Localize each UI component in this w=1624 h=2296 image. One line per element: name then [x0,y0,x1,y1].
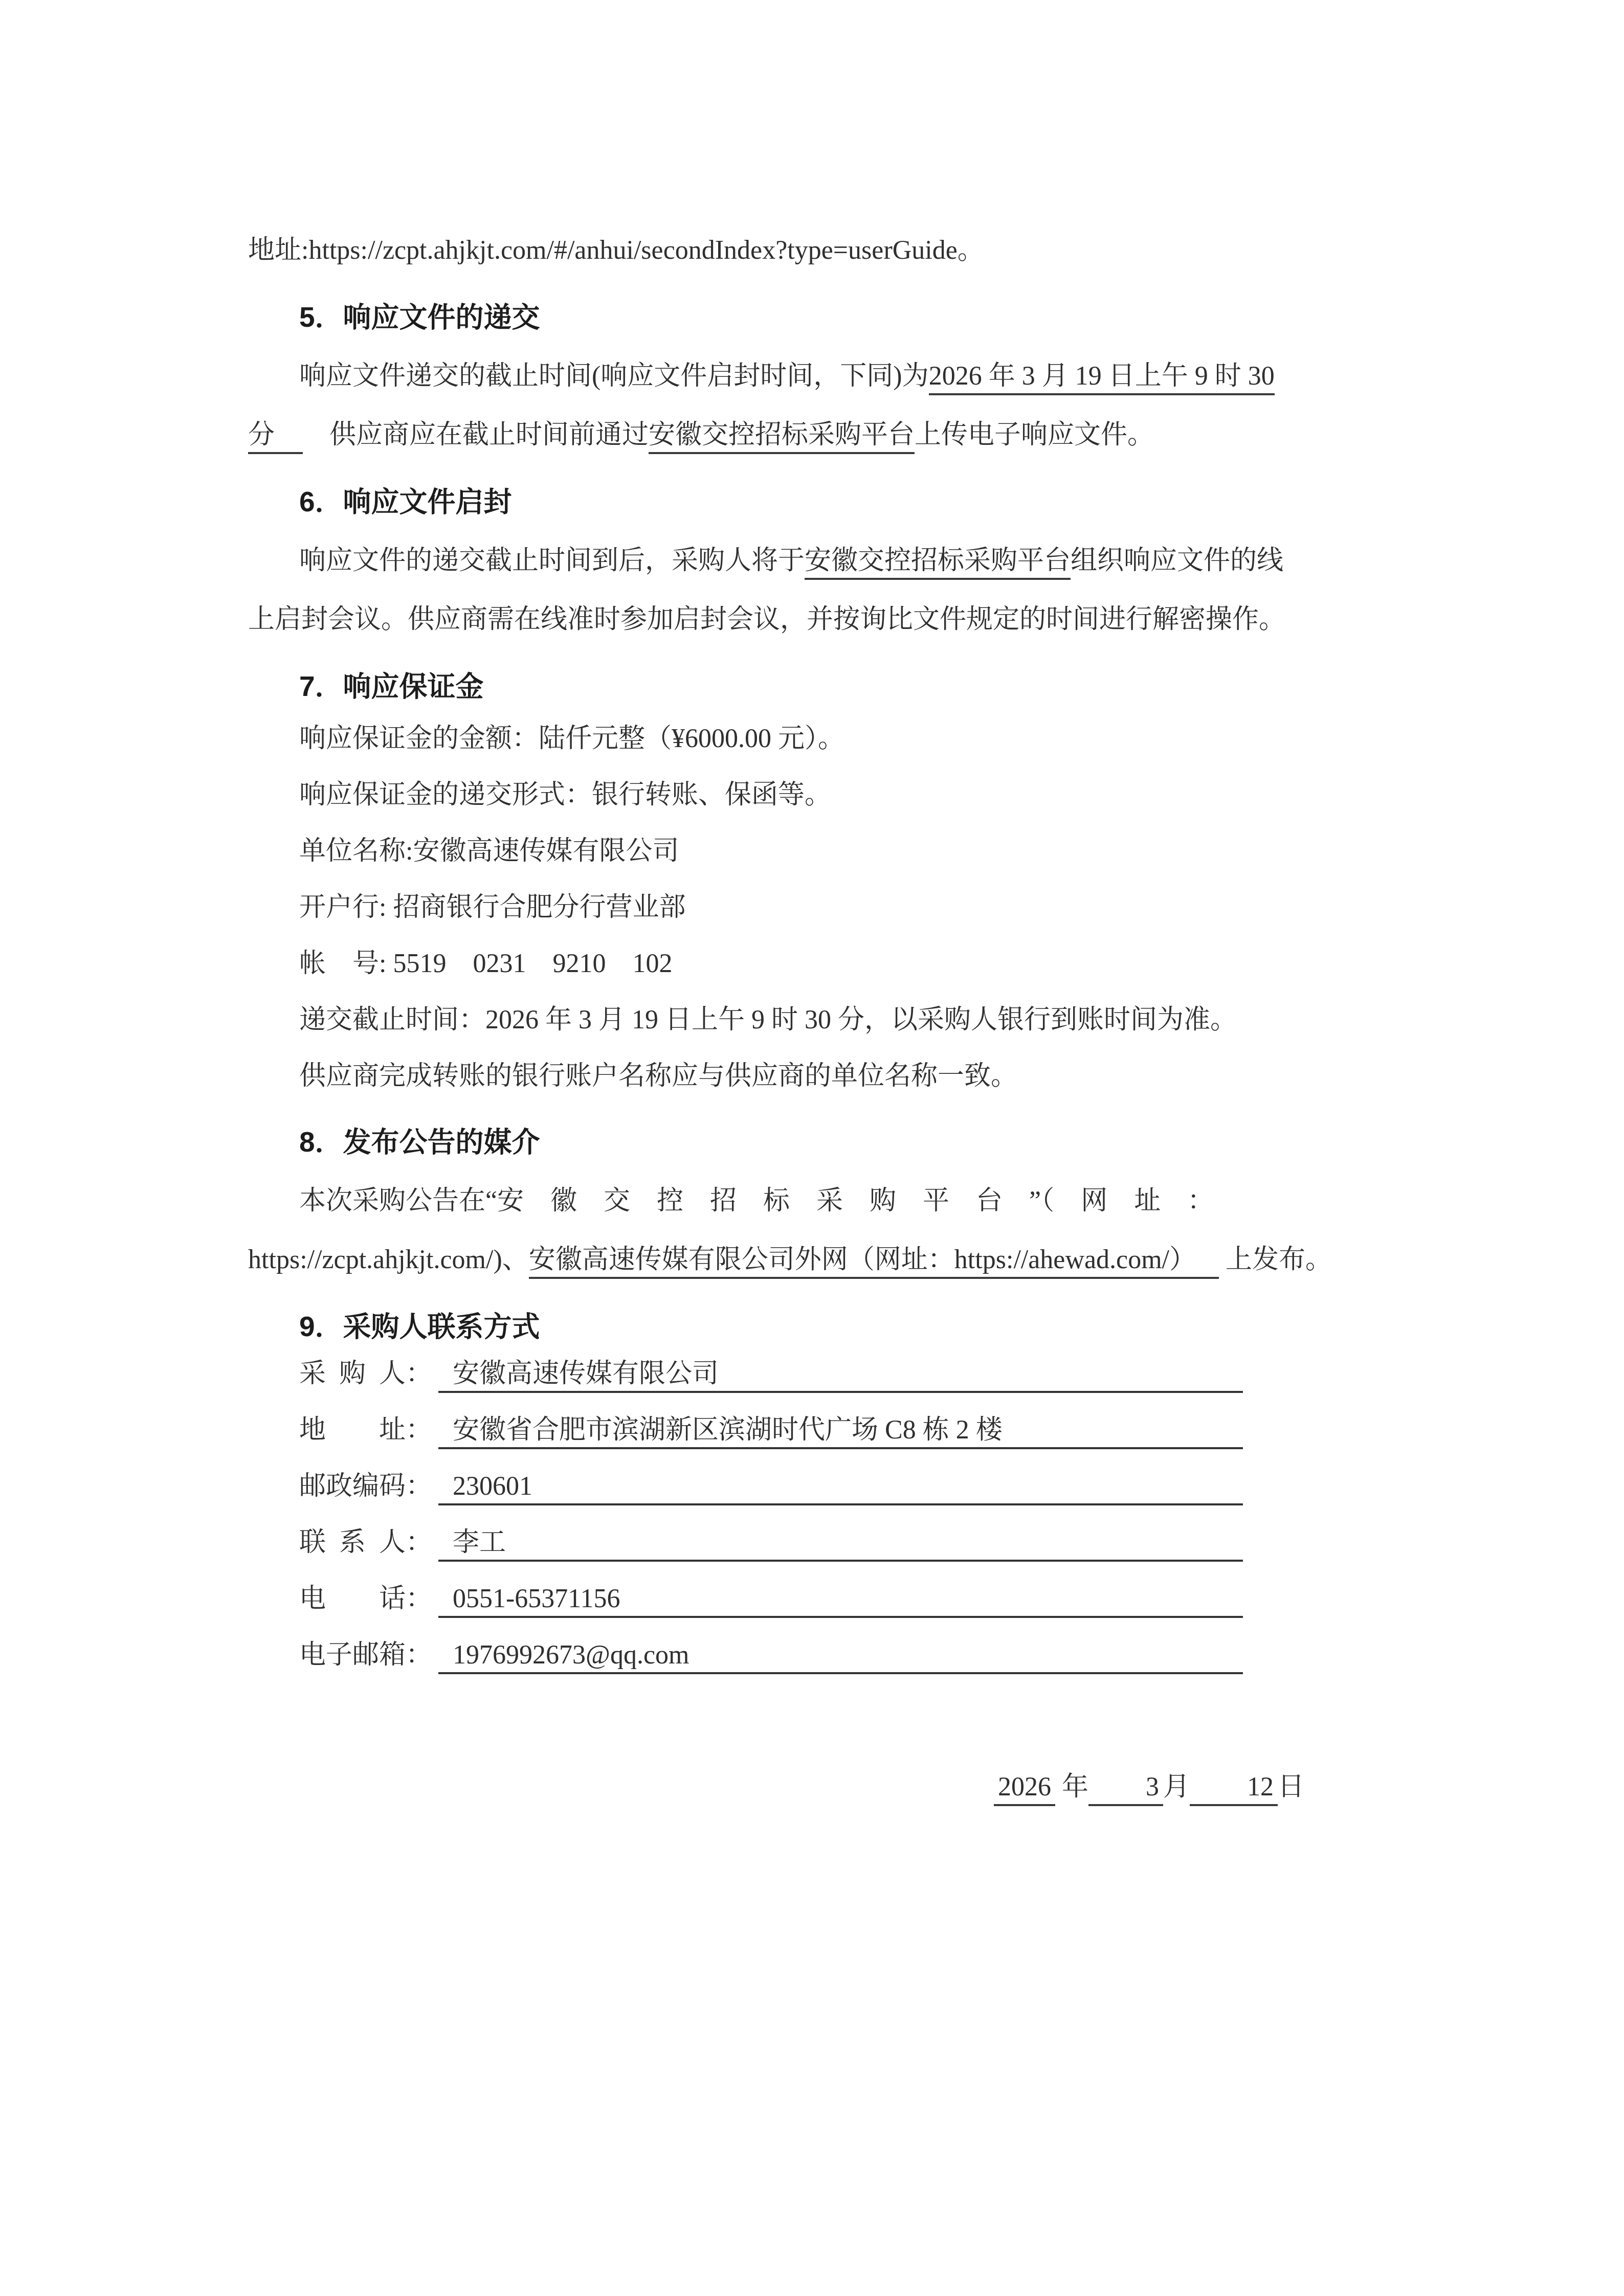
s8-extranet-underlined: 安徽高速传媒有限公司外网（网址：https://ahewad.com/） [529,1243,1219,1279]
address-value: 安徽省合肥市滨湖新区滨湖时代广场 C8 栋 2 楼 [438,1413,1243,1449]
section-8-heading: 8．发布公告的媒介 [299,1113,1378,1172]
bank-line: 开户行: 招商银行合肥分行营业部 [248,880,1378,936]
s5-deadline-underlined: 2026 年 3 月 19 日上午 9 时 30 [929,359,1275,395]
s6-line-1: 响应文件的递交截止时间到后，采购人将于 安徽交控招标采购平台 组织响应文件的线 [248,531,1378,590]
s5-deadline-text: 响应文件递交的截止时间(响应文件启封时间，下同)为 [299,362,929,391]
s8-line-2: https://zcpt.ahjkjt.com/)、安徽高速传媒有限公司外网（网… [248,1230,1378,1289]
email-label: 电子邮箱： [299,1627,433,1683]
s5-upload-tail: 上传电子响应文件。 [915,420,1154,449]
date-day-label: 日 [1278,1772,1304,1802]
contact-row-email: 电子邮箱：1976992673@qq.com [299,1627,1243,1683]
s5-platform-underlined: 安徽交控招标采购平台 [649,418,915,454]
deposit-form-line: 响应保证金的递交形式：银行转账、保函等。 [248,767,1378,823]
contact-person-label: 联 系 人： [299,1515,433,1571]
purchaser-label: 采 购 人： [299,1346,433,1402]
s8-url-text: https://zcpt.ahjkjt.com/)、 [248,1245,529,1274]
section-7-body: 响应保证金的金额：陆仟元整（¥6000.00 元）。 响应保证金的递交形式：银行… [248,711,1378,1105]
email-value: 1976992673@qq.com [438,1638,1243,1674]
phone-label: 电 话： [299,1571,433,1627]
section-7-heading: 7．响应保证金 [299,657,1378,716]
s5-upload-text: 供应商应在截止时间前通过 [303,420,649,449]
deposit-deadline-line: 递交截止时间：2026 年 3 月 19 日上午 9 时 30 分，以采购人银行… [248,992,1378,1048]
s6-opening-text: 响应文件的递交截止时间到后，采购人将于 [299,546,805,575]
contact-row-person: 联 系 人：李工 [299,1515,1243,1571]
date-month-underlined: 3 [1088,1770,1163,1806]
s6-opening-tail: 组织响应文件的线 [1071,546,1283,575]
date-day-underlined: 12 [1190,1770,1278,1806]
account-number-line: 帐 号: 5519 0231 9210 102 [248,936,1378,992]
s8-publish-tail: 上发布。 [1219,1245,1332,1274]
contact-row-address: 地 址：安徽省合肥市滨湖新区滨湖时代广场 C8 栋 2 楼 [299,1402,1243,1458]
contact-row-postcode: 邮政编码：230601 [299,1458,1243,1515]
date-year-underlined: 2026 [994,1770,1055,1806]
phone-value: 0551-65371156 [438,1582,1243,1618]
s6-line-2: 上启封会议。供应商需在线准时参加启封会议，并按询比文件规定的时间进行解密操作。 [248,590,1378,649]
address-label: 地 址： [299,1402,433,1458]
account-match-line: 供应商完成转账的银行账户名称应与供应商的单位名称一致。 [248,1048,1378,1105]
unit-name-line: 单位名称:安徽高速传媒有限公司 [248,823,1378,880]
intro-url-line: 地址:https://zcpt.ahjkjt.com/#/anhui/secon… [248,221,1378,280]
s5-line-2: 分 供应商应在截止时间前通过安徽交控招标采购平台上传电子响应文件。 [248,406,1378,464]
postcode-label: 邮政编码： [299,1458,433,1515]
s5-minute-underlined: 分 [248,418,303,454]
document-content: 地址:https://zcpt.ahjkjt.com/#/anhui/secon… [248,221,1378,1816]
s8-line-1: 本次采购公告在“安 徽 交 控 招 标 采 购 平 台 ”（ 网 址 ： [248,1172,1378,1230]
deposit-amount-line: 响应保证金的金额：陆仟元整（¥6000.00 元）。 [248,711,1378,767]
s5-line-1: 响应文件递交的截止时间(响应文件启封时间，下同)为 2026 年 3 月 19 … [248,347,1378,406]
postcode-value: 230601 [438,1470,1243,1505]
contact-person-value: 李工 [438,1526,1243,1562]
contact-row-phone: 电 话：0551-65371156 [299,1571,1243,1627]
date-year-label: 年 [1055,1772,1088,1802]
document-page: 地址:https://zcpt.ahjkjt.com/#/anhui/secon… [0,0,1624,2296]
s6-platform-underlined: 安徽交控招标采购平台 [805,544,1071,580]
contact-list: 采 购 人：安徽高速传媒有限公司 地 址：安徽省合肥市滨湖新区滨湖时代广场 C8… [248,1346,1378,1683]
signature-date-line: 2026 年 3 月 12 日 [248,1758,1378,1816]
date-month-label: 月 [1163,1772,1190,1802]
section-5-heading: 5．响应文件的递交 [299,288,1378,347]
purchaser-value: 安徽高速传媒有限公司 [438,1357,1243,1393]
section-6-heading: 6．响应文件启封 [299,472,1378,531]
